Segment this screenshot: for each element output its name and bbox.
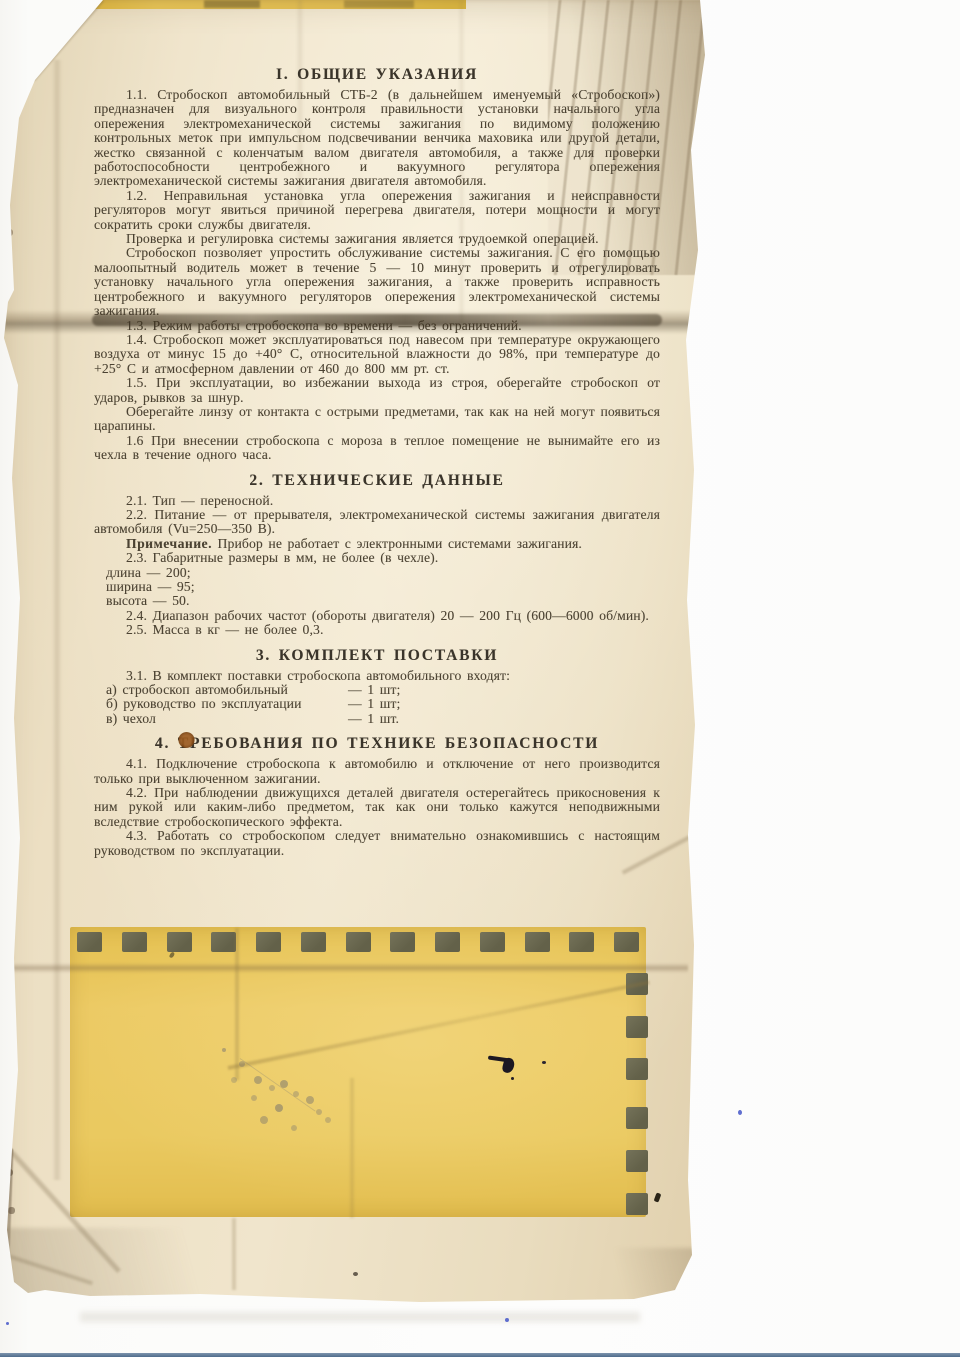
- kit-item: в) чехол — 1 шт.: [94, 712, 660, 726]
- paragraph-1-6: 1.6 При внесении стробоскопа с мороза в …: [94, 434, 660, 463]
- film-hole: [626, 1016, 648, 1038]
- tech-line-dimensions: 2.3. Габаритные размеры в мм, не более (…: [94, 551, 660, 565]
- film-hole: [626, 1150, 648, 1172]
- fold-ink-smudge: [92, 314, 662, 326]
- film-strip-block: [70, 927, 646, 1217]
- kit-intro: 3.1. В комплект поставки стробоскопа авт…: [94, 669, 660, 683]
- kit-item-qty: — 1 шт;: [348, 683, 400, 697]
- film-perforation-row: [70, 927, 646, 952]
- tech-data-heading: 2. ТЕХНИЧЕСКИЕ ДАННЫЕ: [94, 472, 660, 489]
- corner-shading: [0, 1228, 270, 1300]
- torn-edge-flecks: [5, 80, 10, 85]
- scanner-edge-line: [0, 1353, 960, 1357]
- paragraph-1-4: 1.4. Стробоскоп может эксплуатироваться …: [94, 333, 660, 376]
- film-hole: [525, 932, 550, 952]
- paragraph-4-1: 4.1. Подключение стробоскопа к автомобил…: [94, 757, 660, 786]
- film-hole: [167, 932, 192, 952]
- tech-line-frequency: 2.4. Диапазон рабочих частот (обороты дв…: [94, 609, 660, 623]
- kit-item-qty: — 1 шт;: [348, 697, 400, 711]
- ink-blot-dot: [542, 1061, 546, 1064]
- film-hole: [480, 932, 505, 952]
- dimension-height: высота — 50.: [94, 594, 660, 608]
- corner-shading: [598, 1248, 698, 1300]
- edge-smudge: [204, 0, 260, 8]
- dimension-length: длина — 200;: [94, 566, 660, 580]
- film-hole: [435, 932, 460, 952]
- vertical-crease: [52, 60, 62, 1180]
- tech-line-type: 2.1. Тип — переносной.: [94, 494, 660, 508]
- blue-speck: [738, 1110, 742, 1115]
- blue-speck: [505, 1318, 509, 1322]
- tech-note: Примечание. Прибор не работает с электро…: [94, 537, 660, 551]
- film-hole: [626, 1107, 648, 1129]
- scanned-page: I. ОБЩИЕ УКАЗАНИЯ 1.1. Стробоскоп автомо…: [0, 0, 960, 1357]
- film-hole: [569, 932, 594, 952]
- note-text: Прибор не работает с электронными систем…: [218, 536, 582, 551]
- film-hole: [626, 1193, 648, 1215]
- film-hole: [346, 932, 371, 952]
- general-instructions-heading: I. ОБЩИЕ УКАЗАНИЯ: [94, 66, 660, 83]
- film-hole: [614, 932, 639, 952]
- ink-blot: [486, 1054, 548, 1084]
- dark-fleck: [654, 1192, 662, 1202]
- ink-blot-dot: [511, 1077, 514, 1080]
- film-hole: [626, 973, 648, 995]
- scanner-shadow-band: [80, 1312, 640, 1322]
- film-hole: [122, 932, 147, 952]
- tech-line-mass: 2.5. Масса в кг — не более 0,3.: [94, 623, 660, 637]
- paragraph-1-1: 1.1. Стробоскоп автомобильный СТБ-2 (в д…: [94, 88, 660, 189]
- film-hole: [77, 932, 102, 952]
- paragraph-1-5: 1.5. При эксплуатации, во избежании выхо…: [94, 376, 660, 405]
- brown-stain: [178, 732, 195, 748]
- edge-smudge: [344, 0, 414, 8]
- kit-heading: 3. КОМПЛЕКТ ПОСТАВКИ: [94, 647, 660, 664]
- paragraph-lens-care: Оберегайте линзу от контакта с острыми п…: [94, 405, 660, 434]
- paragraph-4-2: 4.2. При наблюдении движущихся деталей д…: [94, 786, 660, 829]
- dark-fleck: [353, 1272, 358, 1276]
- top-edge-yellow-strip: [36, 0, 466, 9]
- scratch-marks: [222, 1048, 226, 1052]
- kit-item-qty: — 1 шт.: [348, 712, 399, 726]
- kit-item-name: в) чехол: [106, 712, 348, 726]
- film-hole: [626, 1058, 648, 1080]
- kit-item: а) стробоскоп автомобильный — 1 шт;: [94, 683, 660, 697]
- film-hole: [301, 932, 326, 952]
- film-hole: [390, 932, 415, 952]
- paragraph-4-3: 4.3. Работать со стробоскопом следует вн…: [94, 829, 660, 858]
- kit-item: б) руководство по эксплуатации — 1 шт;: [94, 697, 660, 711]
- paragraph-1-2: 1.2. Неправильная установка угла опереже…: [94, 189, 660, 232]
- tech-line-power: 2.2. Питание — от прерывателя, электроме…: [94, 508, 660, 537]
- paragraph-strobe-benefit: Стробоскоп позволяет упростить обслужива…: [94, 246, 660, 318]
- ink-blot-body: [501, 1057, 515, 1074]
- dimension-width: ширина — 95;: [94, 580, 660, 594]
- film-hole: [256, 932, 281, 952]
- scanner-background: I. ОБЩИЕ УКАЗАНИЯ 1.1. Стробоскоп автомо…: [0, 0, 960, 1357]
- paragraph-check-note: Проверка и регулировка системы зажигания…: [94, 232, 660, 246]
- kit-item-name: а) стробоскоп автомобильный: [106, 683, 348, 697]
- film-hole: [211, 932, 236, 952]
- note-label: Примечание.: [126, 536, 212, 551]
- kit-item-name: б) руководство по эксплуатации: [106, 697, 348, 711]
- blue-speck: [6, 1322, 9, 1325]
- film-perforation-column: [626, 973, 648, 1217]
